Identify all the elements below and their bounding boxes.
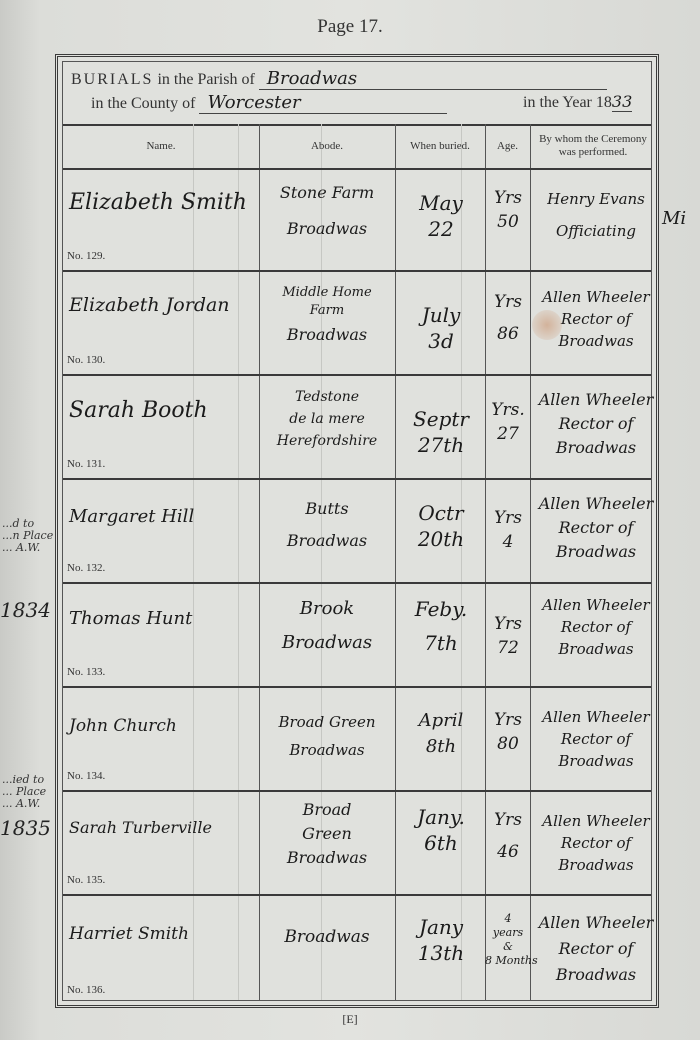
entry-number: No. 130. bbox=[67, 354, 105, 366]
margin-year-1834: 1834 bbox=[0, 598, 51, 622]
ink-stain bbox=[532, 310, 562, 340]
page-title: Page 17. bbox=[0, 16, 700, 38]
entry-name: Harriet Smith bbox=[69, 924, 189, 944]
entry-officiant: Allen WheelerRector ofBroadwas bbox=[533, 810, 659, 876]
parish-label: in the Parish of bbox=[157, 71, 254, 88]
entry-number: No. 131. bbox=[67, 458, 105, 470]
county-label: in the County of bbox=[91, 95, 195, 112]
entry-when-buried: Feby.7th bbox=[397, 596, 485, 656]
entry-name: Elizabeth Smith bbox=[69, 190, 247, 215]
entry-when-buried: May22 bbox=[397, 190, 485, 242]
entry-abode: Broadwas bbox=[263, 926, 391, 948]
table-row: John Church No. 134. Broad GreenBroadwas… bbox=[63, 688, 651, 792]
right-margin-note: Mi bbox=[662, 208, 686, 229]
entry-name: Elizabeth Jordan bbox=[69, 294, 230, 316]
entry-age: 4years&8 Months bbox=[485, 912, 531, 968]
register-entries: Elizabeth Smith No. 129. Stone FarmBroad… bbox=[63, 168, 651, 1000]
entry-when-buried: April8th bbox=[397, 708, 485, 760]
col-abode: Abode. bbox=[259, 124, 395, 168]
entry-abode: Middle HomeFarmBroadwas bbox=[263, 284, 391, 344]
table-row: Elizabeth Jordan No. 130. Middle HomeFar… bbox=[63, 272, 651, 376]
entry-abode: Stone FarmBroadwas bbox=[263, 182, 391, 240]
entry-when-buried: Septr27th bbox=[397, 406, 485, 458]
year-line: in the Year 1833 bbox=[523, 92, 632, 112]
entry-when-buried: July3d bbox=[397, 302, 485, 354]
entry-age: Yrs86 bbox=[485, 290, 531, 346]
county-value: Worcester bbox=[199, 92, 447, 114]
entry-number: No. 136. bbox=[67, 984, 105, 996]
table-row: Elizabeth Smith No. 129. Stone FarmBroad… bbox=[63, 168, 651, 272]
table-row: Harriet Smith No. 136. Broadwas Jany13th… bbox=[63, 896, 651, 1004]
entry-abode: Broad GreenBroadwas bbox=[263, 708, 391, 764]
entry-number: No. 132. bbox=[67, 562, 105, 574]
entry-number: No. 134. bbox=[67, 770, 105, 782]
table-row: Margaret Hill No. 132. ButtsBroadwas Oct… bbox=[63, 480, 651, 584]
table-row: Sarah Turberville No. 135. BroadGreenBro… bbox=[63, 792, 651, 896]
county-line: in the County of Worcester bbox=[91, 92, 447, 114]
table-row: Thomas Hunt No. 133. BrookBroadwas Feby.… bbox=[63, 584, 651, 688]
col-when-buried: When buried. bbox=[395, 124, 485, 168]
table-row: Sarah Booth No. 131. Tedstonede la mereH… bbox=[63, 376, 651, 480]
entry-name: Thomas Hunt bbox=[69, 608, 192, 629]
entry-officiant: Allen WheelerRector ofBroadwas bbox=[533, 594, 659, 660]
entry-abode: BrookBroadwas bbox=[263, 598, 391, 654]
entry-number: No. 129. bbox=[67, 250, 105, 262]
entry-when-buried: Jany.6th bbox=[397, 804, 485, 856]
signature-mark: [E] bbox=[0, 1012, 700, 1027]
entry-name: Sarah Turberville bbox=[69, 818, 212, 837]
entry-age: Yrs46 bbox=[485, 808, 531, 864]
entry-when-buried: Octr20th bbox=[397, 500, 485, 552]
entry-number: No. 135. bbox=[67, 874, 105, 886]
parish-line: BURIALS in the Parish of Broadwas bbox=[71, 68, 607, 90]
entry-name: Margaret Hill bbox=[69, 506, 194, 527]
entry-name: John Church bbox=[69, 716, 177, 736]
burials-heading: BURIALS bbox=[71, 71, 153, 88]
entry-name: Sarah Booth bbox=[69, 398, 208, 423]
year-label: in the Year 18 bbox=[523, 94, 612, 111]
margin-note-1: ...d to ...n Place ... A.W. bbox=[2, 518, 53, 554]
entry-number: No. 133. bbox=[67, 666, 105, 678]
parish-value: Broadwas bbox=[259, 68, 607, 90]
entry-age: Yrs50 bbox=[485, 186, 531, 234]
year-value: 33 bbox=[612, 92, 632, 112]
entry-age: Yrs72 bbox=[485, 612, 531, 660]
entry-abode: ButtsBroadwas bbox=[263, 498, 391, 552]
entry-officiant: Allen WheelerRector ofBroadwas bbox=[533, 492, 659, 564]
margin-year-1835: 1835 bbox=[0, 816, 51, 840]
entry-when-buried: Jany13th bbox=[397, 914, 485, 966]
entry-age: Yrs.27 bbox=[485, 398, 531, 446]
margin-note-line: ... A.W. bbox=[2, 542, 53, 554]
entry-officiant: Allen WheelerRector ofBroadwas bbox=[533, 706, 659, 772]
col-name: Name. bbox=[63, 124, 259, 168]
col-officiant: By whom the Ceremony was performed. bbox=[530, 124, 656, 168]
margin-note-2: ...ied to ... Place ... A.W. bbox=[2, 774, 46, 810]
register-header: BURIALS in the Parish of Broadwas in the… bbox=[63, 62, 651, 126]
entry-age: Yrs80 bbox=[485, 708, 531, 756]
entry-abode: BroadGreenBroadwas bbox=[263, 798, 391, 870]
entry-abode: Tedstonede la mereHerefordshire bbox=[263, 386, 391, 452]
column-headers: Name. Abode. When buried. Age. By whom t… bbox=[63, 124, 651, 170]
entry-age: Yrs4 bbox=[485, 506, 531, 554]
burial-register-table: BURIALS in the Parish of Broadwas in the… bbox=[55, 54, 659, 1008]
margin-note-line: ... A.W. bbox=[2, 798, 46, 810]
entry-officiant: Allen WheelerRector ofBroadwas bbox=[533, 910, 659, 988]
entry-officiant: Henry EvansOfficiating bbox=[533, 188, 659, 242]
col-age: Age. bbox=[485, 124, 530, 168]
entry-officiant: Allen WheelerRector ofBroadwas bbox=[533, 388, 659, 460]
